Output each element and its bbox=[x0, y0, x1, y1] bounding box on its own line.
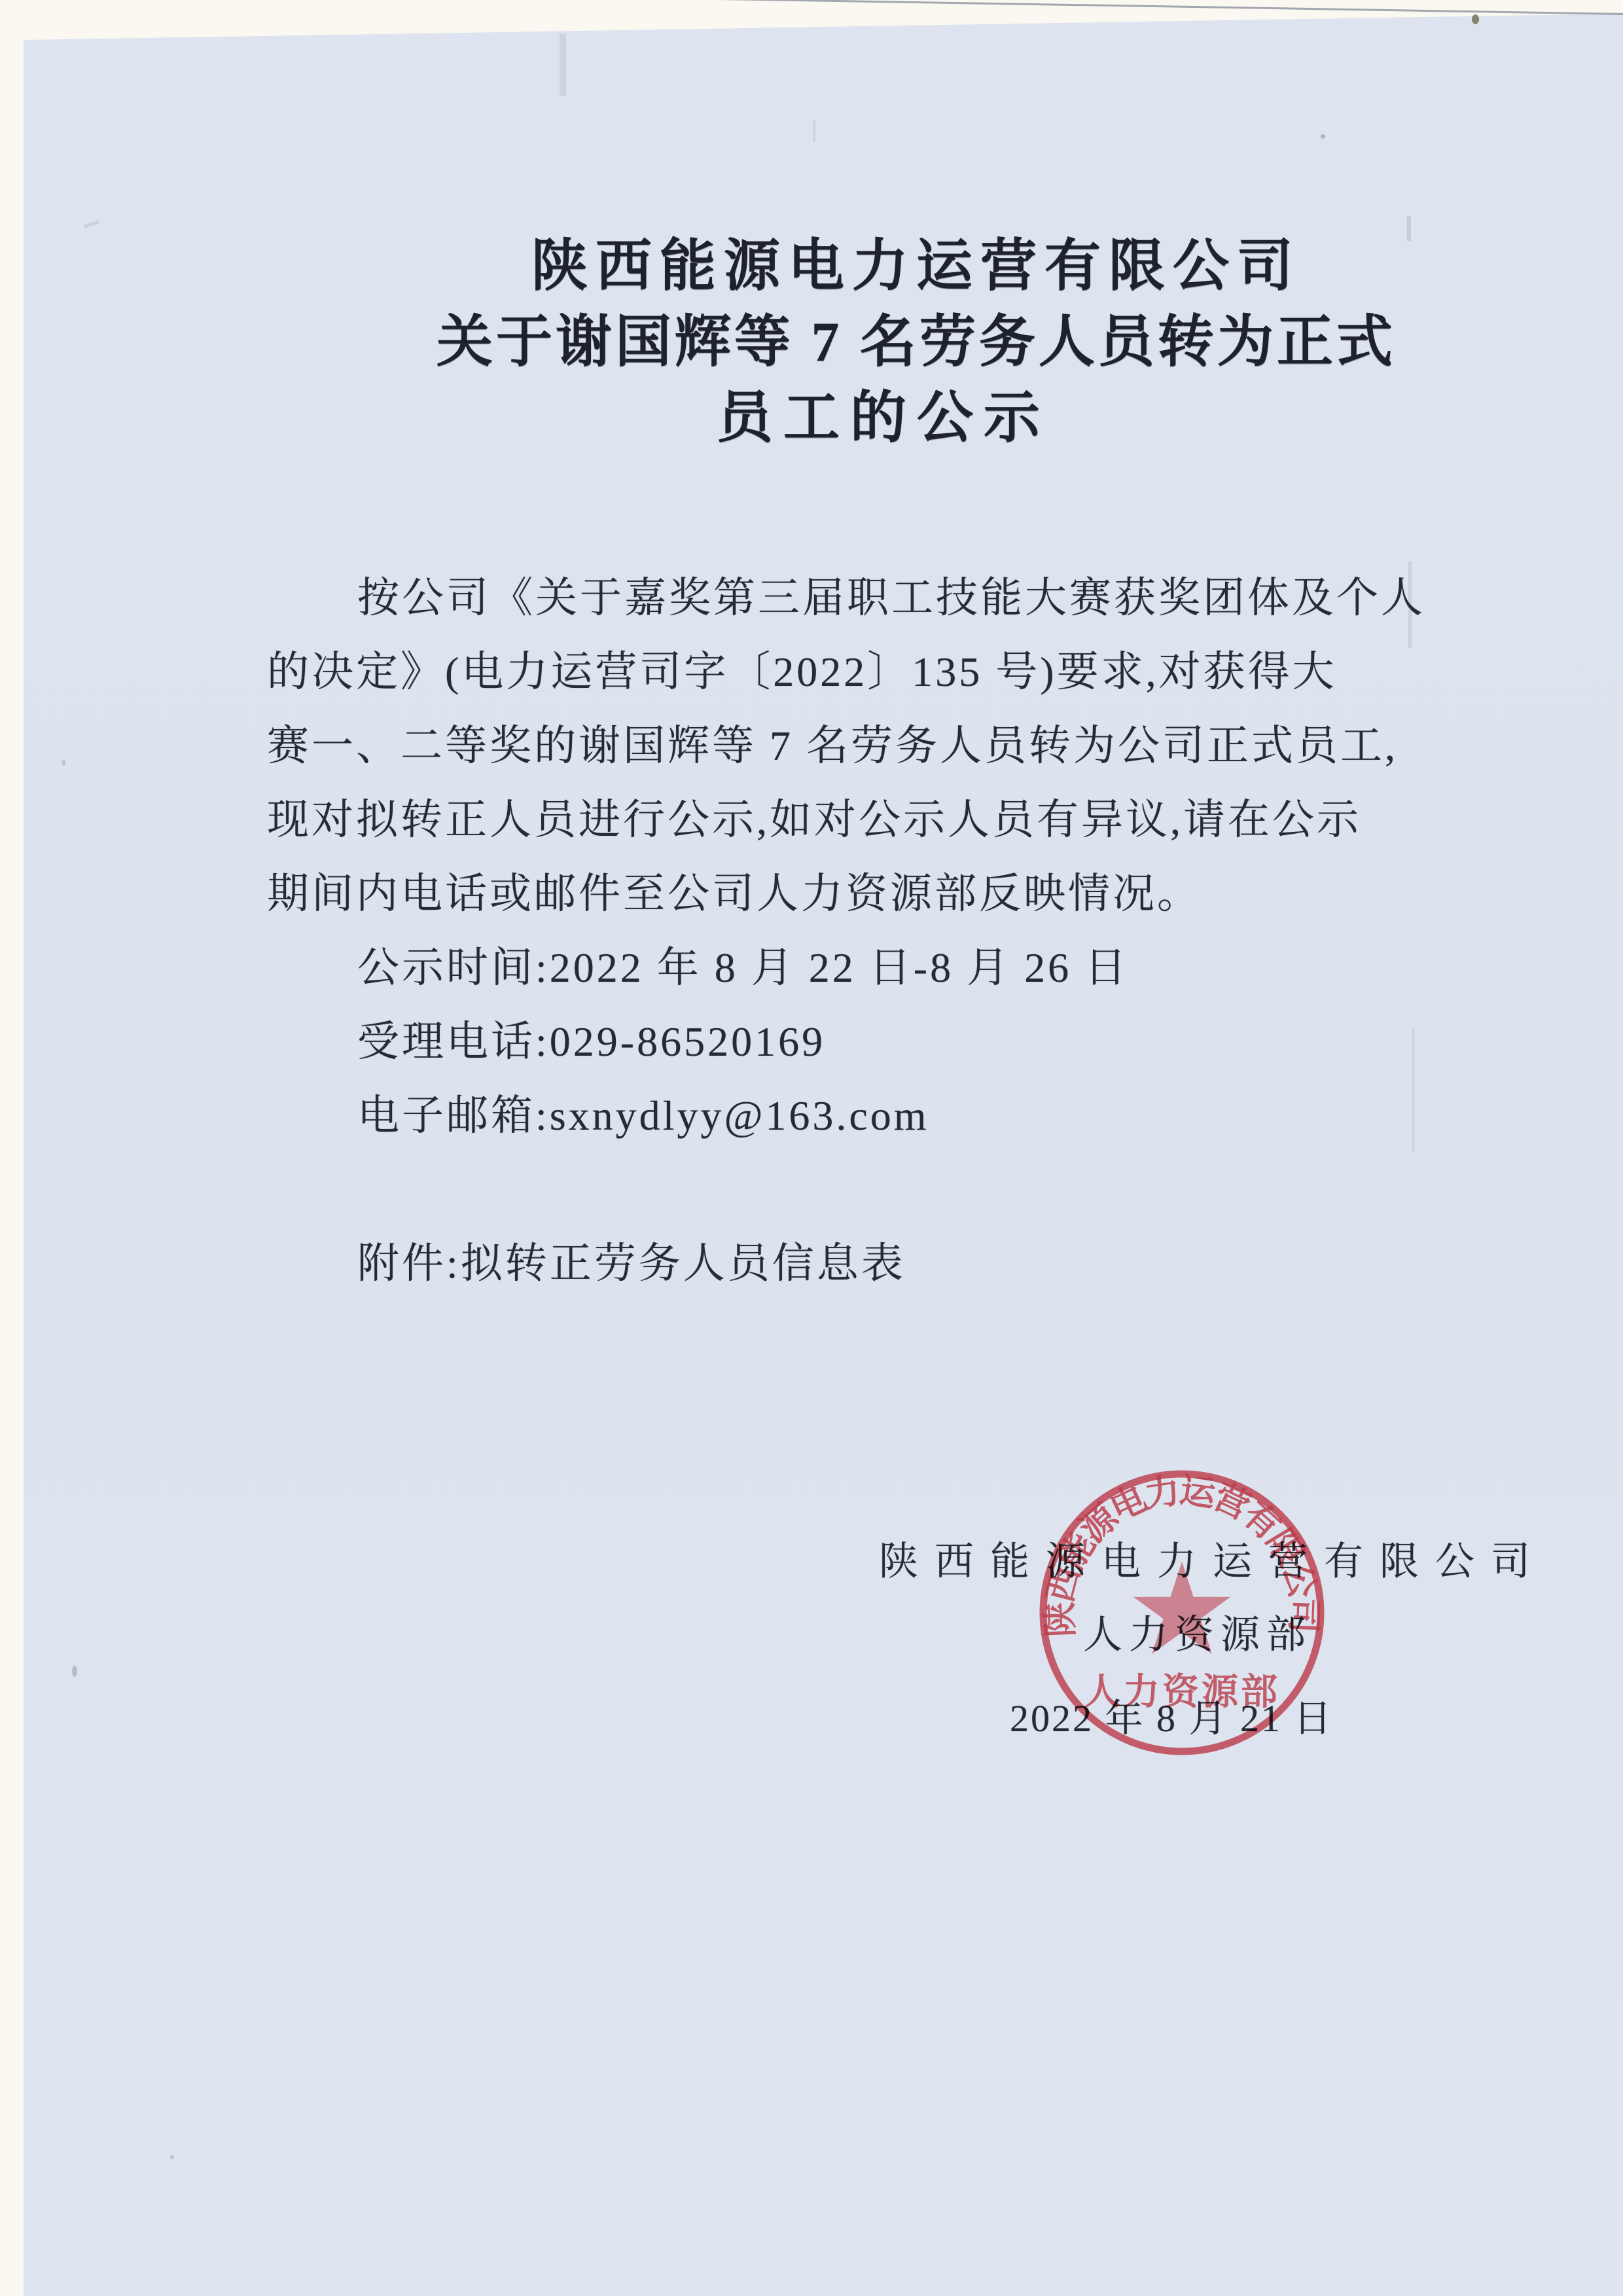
scan-speck bbox=[170, 2155, 174, 2159]
document-title: 陕西能源电力运营有限公司 关于谢国辉等 7 名劳务人员转为正式 员工的公示 bbox=[209, 228, 1623, 456]
paragraph-line: 赛一、二等奖的谢国辉等 7 名劳务人员转为公司正式员工, bbox=[267, 712, 1398, 772]
official-stamp: 陕西能源电力运营有限公司 人力资源部 bbox=[1012, 1443, 1352, 1783]
scan-speck bbox=[72, 1666, 77, 1677]
title-line-3: 员工的公示 bbox=[209, 380, 1623, 456]
star-icon bbox=[1133, 1562, 1230, 1654]
title-line-2: 关于谢国辉等 7 名劳务人员转为正式 bbox=[209, 304, 1623, 380]
paragraph-line: 按公司《关于嘉奖第三届职工技能大赛获奖团体及个人 bbox=[267, 564, 1425, 624]
publicity-period-line: 公示时间:2022 年 8 月 22 日-8 月 26 日 bbox=[267, 934, 1129, 994]
attachment-line: 附件:拟转正劳务人员信息表 bbox=[267, 1230, 906, 1290]
scan-speck bbox=[1321, 134, 1325, 139]
paragraph-line: 现对拟转正人员进行公示,如对公示人员有异议,请在公示 bbox=[267, 786, 1361, 846]
scan-streak bbox=[1412, 1028, 1415, 1152]
scanned-document-page: 陕西能源电力运营有限公司 关于谢国辉等 7 名劳务人员转为正式 员工的公示 按公… bbox=[0, 0, 1623, 2296]
scan-speck bbox=[62, 759, 65, 766]
paper-top-edge bbox=[25, 0, 1623, 15]
paragraph-line: 期间内电话或邮件至公司人力资源部反映情况。 bbox=[267, 860, 1202, 920]
stamp-department-text: 人力资源部 bbox=[1084, 1672, 1280, 1713]
phone-line: 受理电话:029-86520169 bbox=[267, 1008, 825, 1068]
title-line-1: 陕西能源电力运营有限公司 bbox=[209, 228, 1623, 304]
paragraph-line: 的决定》(电力运营司字〔2022〕135 号)要求,对获得大 bbox=[267, 638, 1337, 698]
scan-streak bbox=[560, 34, 566, 96]
email-line: 电子邮箱:sxnydlyy@163.com bbox=[267, 1082, 929, 1142]
scan-streak bbox=[813, 120, 815, 142]
scan-speck bbox=[1472, 14, 1479, 24]
